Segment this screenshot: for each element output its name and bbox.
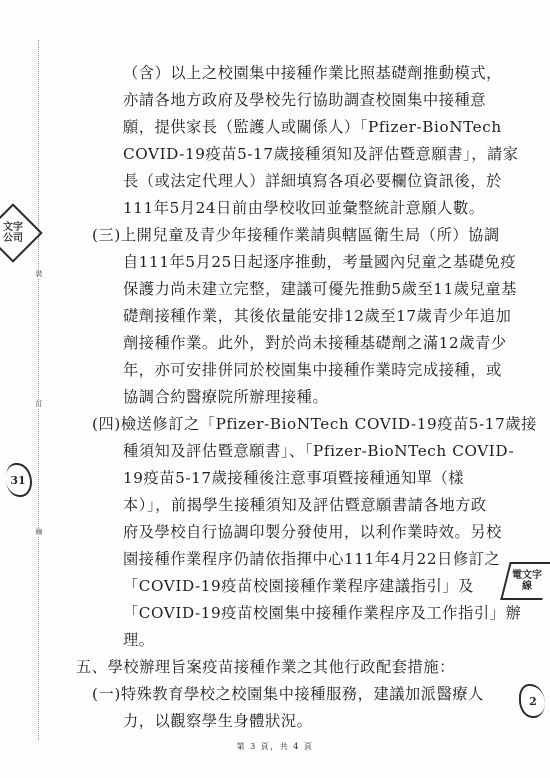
binding-mark: 線 bbox=[34, 528, 44, 536]
text-line: 礎劑接種作業，其後依量能安排12歲至17歲青少年追加 bbox=[123, 307, 511, 325]
text-line: (一)特殊教育學校之校園集中接種服務，建議加派醫療人 bbox=[92, 685, 484, 703]
text-line: (三)上開兒童及青少年接種作業請與轄區衛生局（所）協調 bbox=[92, 226, 500, 244]
page-seal-right: 2 bbox=[519, 684, 545, 718]
text-line: 「COVID-19疫苗校園集中接種作業程序及工作指引」辦 bbox=[123, 604, 521, 622]
page-number-footer: 第 3 頁，共 4 頁 bbox=[0, 741, 550, 752]
text-line: 園接種作業程序仍請依指揮中心111年4月22日修訂之 bbox=[123, 550, 500, 568]
document-page: 裝訂線 文字公司 31 電文字線 2 （含）以上之校園集中接種作業比照基礎劑推動… bbox=[0, 0, 550, 778]
text-line: 五、學校辦理旨案疫苗接種作業之其他行政配套措施： bbox=[76, 658, 455, 676]
text-line: 力，以觀察學生身體狀況。 bbox=[123, 712, 312, 730]
text-line: 自111年5月25日起逐序推動，考量國內兒童之基礎免疫 bbox=[123, 253, 516, 271]
text-line: （含）以上之校園集中接種作業比照基礎劑推動模式， bbox=[123, 64, 502, 82]
seal-stamp-right: 電文字線 bbox=[500, 562, 550, 600]
binding-mark: 裝 bbox=[34, 270, 44, 278]
text-line: 19疫苗5-17歲接種後注意事項暨接種通知單（樣 bbox=[123, 469, 464, 487]
text-line: 理。 bbox=[123, 631, 155, 649]
page-seal-right-text: 2 bbox=[529, 696, 537, 707]
text-line: 長（或法定代理人）詳細填寫各項必要欄位資訊後，於 bbox=[123, 172, 502, 190]
seal-stamp-left: 文字公司 bbox=[0, 203, 43, 262]
text-line: 種須知及評估暨意願書」、「Pfizer-BioNTech COVID- bbox=[123, 442, 514, 460]
binding-dotted-line bbox=[38, 40, 39, 740]
text-line: 本）」，前揭學生接種須知及評估暨意願書請各地方政 bbox=[123, 496, 487, 514]
text-line: 「COVID-19疫苗校園接種作業程序建議指引」及 bbox=[123, 577, 474, 595]
seal-stamp-right-text: 電文字線 bbox=[511, 570, 543, 592]
text-line: 亦請各地方政府及學校先行協助調查校園集中接種意 bbox=[123, 91, 486, 109]
text-line: 年，亦可安排併同於校園集中接種作業時完成接種，或 bbox=[123, 361, 502, 379]
text-line: 府及學校自行協調印製分發使用，以利作業時效。另校 bbox=[123, 523, 502, 541]
text-line: 保護力尚未建立完整，建議可優先推動5歲至11歲兒童基 bbox=[123, 280, 517, 298]
page-seal-left: 31 bbox=[6, 463, 32, 497]
text-line: 協調合約醫療院所辦理接種。 bbox=[123, 388, 328, 406]
text-line: 劑接種作業。此外，對於尚未接種基礎劑之滿12歲青少 bbox=[123, 334, 507, 352]
text-line: (四)檢送修訂之「Pfizer-BioNTech COVID-19疫苗5-17歲… bbox=[92, 415, 537, 433]
text-line: 願，提供家長（監護人或關係人）「Pfizer-BioNTech bbox=[123, 118, 502, 136]
binding-mark: 訂 bbox=[34, 400, 44, 408]
page-seal-left-text: 31 bbox=[10, 475, 25, 486]
seal-stamp-left-text: 文字公司 bbox=[0, 222, 27, 244]
text-line: 111年5月24日前由學校收回並彙整統計意願人數。 bbox=[123, 199, 485, 217]
text-line: COVID-19疫苗5-17歲接種須知及評估暨意願書」，請家 bbox=[123, 145, 519, 163]
